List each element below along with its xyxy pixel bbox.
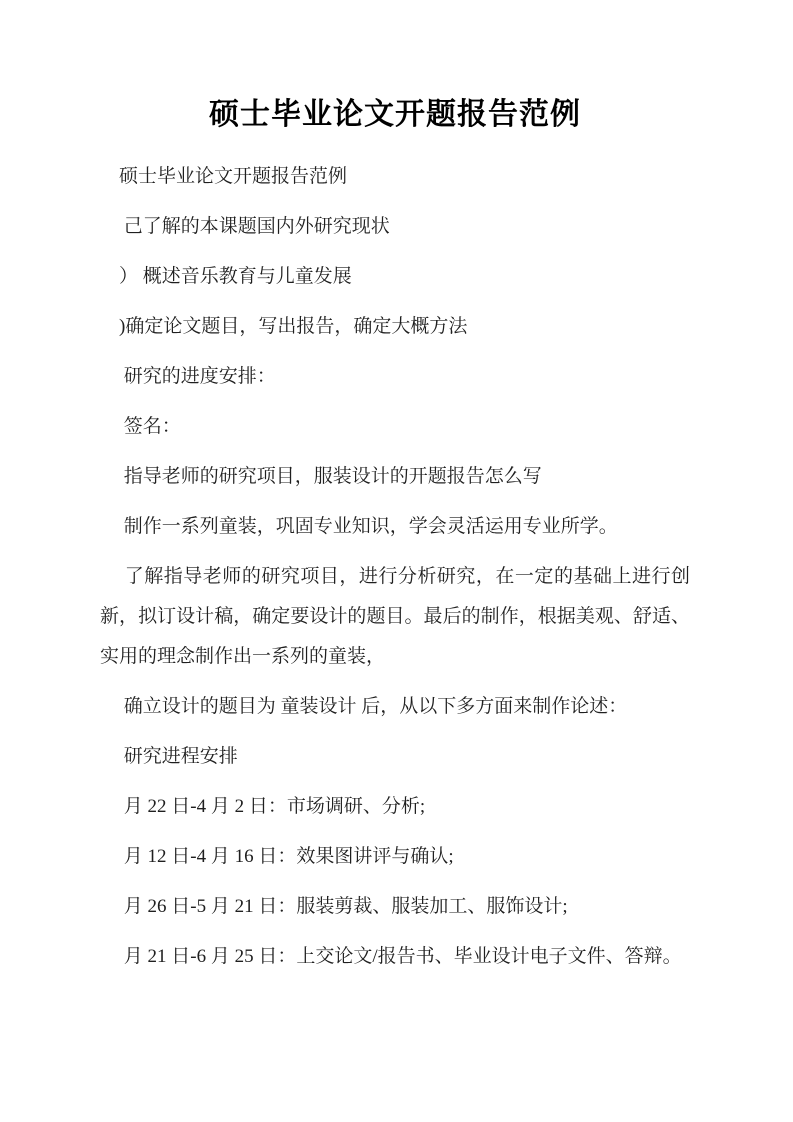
paragraph-advisor-project: 指导老师的研究项目，服装设计的开题报告怎么写 [100, 457, 690, 497]
paragraph-research-plan: 了解指导老师的研究项目，进行分析研究，在一定的基础上进行创新，拟订设计稿，确定要… [100, 557, 690, 677]
doc-title-repeat-line: 硕士毕业论文开题报告范例 [100, 157, 690, 197]
paragraph-schedule-heading: 研究进程安排 [100, 737, 690, 777]
paragraph-music-education: ） 概述音乐教育与儿童发展 [100, 257, 690, 297]
schedule-item-4: 月 21 日-6 月 25 日：上交论文/报告书、毕业设计电子文件、答辩。 [100, 937, 690, 977]
schedule-item-1: 月 22 日-4 月 2 日：市场调研、分析; [100, 787, 690, 827]
paragraph-thesis-topic: )确定论文题目，写出报告，确定大概方法 [100, 307, 690, 347]
paragraph-progress-label: 研究的进度安排： [100, 357, 690, 397]
paragraph-signature: 签名： [100, 407, 690, 447]
paragraph-research-status: 己了解的本课题国内外研究现状 [100, 207, 690, 247]
document-title: 硕士毕业论文开题报告范例 [100, 93, 690, 137]
document-page: 硕士毕业论文开题报告范例 硕士毕业论文开题报告范例 己了解的本课题国内外研究现状… [0, 0, 793, 1122]
paragraph-design-topic: 确立设计的题目为 童装设计 后，从以下多方面来制作论述： [100, 687, 690, 727]
schedule-item-3: 月 26 日-5 月 21 日：服装剪裁、服装加工、服饰设计; [100, 887, 690, 927]
schedule-item-2: 月 12 日-4 月 16 日：效果图讲评与确认; [100, 837, 690, 877]
paragraph-clothing-goal: 制作一系列童装，巩固专业知识，学会灵活运用专业所学。 [100, 507, 690, 547]
